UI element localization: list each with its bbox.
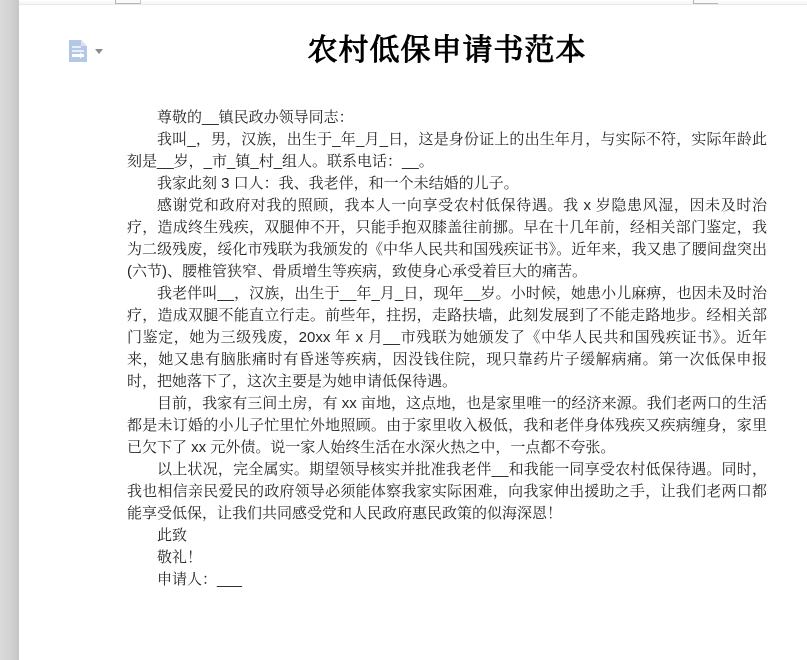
chevron-down-icon[interactable]	[95, 49, 103, 54]
top-strip-mark	[115, 0, 141, 4]
paragraph-spouse-disability[interactable]: 我老伴叫__，汉族，出生于__年_月_日，现年__岁。小时候，她患小儿麻痹，也因…	[127, 283, 767, 393]
paste-options-button[interactable]	[68, 38, 112, 64]
document-page[interactable]: 农村低保申请书范本 尊敬的__镇民政办领导同志： 我叫_，男，汉族，出生于_年_…	[19, 5, 807, 660]
paragraph-request[interactable]: 以上状况，完全属实。期望领导核实并批准我老伴__和我能一同享受农村低保待遇。同时…	[127, 459, 767, 525]
page-left-gutter	[0, 0, 20, 660]
paragraph-self-intro[interactable]: 我叫_，男，汉族，出生于_年_月_日，这是身份证上的出生年月，与实际不符，实际年…	[127, 129, 767, 173]
paragraph-own-disability[interactable]: 感谢党和政府对我的照顾，我本人一向享受农村低保待遇。我 x 岁隐患风湿，因未及时…	[127, 195, 767, 283]
document-title[interactable]: 农村低保申请书范本	[127, 31, 767, 71]
closing-applicant[interactable]: 申请人：___	[127, 569, 767, 591]
closing-cizhi[interactable]: 此致	[127, 525, 767, 547]
closing-jingli[interactable]: 敬礼！	[127, 547, 767, 569]
document-body[interactable]: 尊敬的__镇民政办领导同志： 我叫_，男，汉族，出生于_年_月_日，这是身份证上…	[127, 107, 767, 591]
paste-options-icon	[68, 39, 88, 63]
document-content[interactable]: 农村低保申请书范本 尊敬的__镇民政办领导同志： 我叫_，男，汉族，出生于_年_…	[127, 5, 767, 591]
top-strip-mark	[693, 0, 718, 4]
paragraph-economy[interactable]: 目前，我家有三间土房，有 xx 亩地，这点地，也是家里唯一的经济来源。我们老两口…	[127, 393, 767, 459]
paragraph-salutation[interactable]: 尊敬的__镇民政办领导同志：	[127, 107, 767, 129]
paragraph-family[interactable]: 我家此刻 3 口人：我、我老伴，和一个未结婚的儿子。	[127, 173, 767, 195]
